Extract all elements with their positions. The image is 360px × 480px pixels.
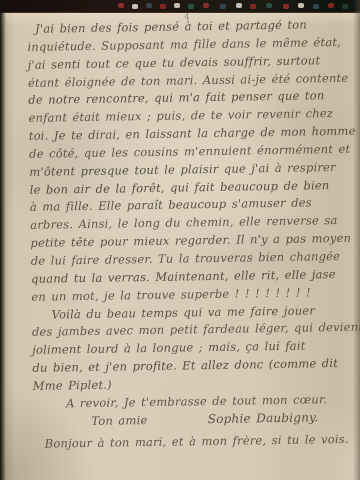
signature-line: Ton amie Sophie Daubigny. — [91, 408, 360, 430]
postscript-line: Bonjour à ton mari, et à mon frère, si t… — [45, 431, 360, 454]
signoff-text: Ton amie — [91, 413, 147, 428]
book-gutter-shadow — [0, 0, 6, 480]
letter-text: J'ai bien des fois pensé à toi et partag… — [0, 16, 360, 455]
book-edge-marbling — [0, 0, 360, 13]
signature-name: Sophie Daubigny. — [208, 410, 319, 426]
page-edge-shadow — [353, 0, 360, 480]
letter-photo: 4 J'ai bien des fois pensé à toi et part… — [0, 0, 360, 480]
letter-page: 4 J'ai bien des fois pensé à toi et part… — [0, 12, 360, 480]
